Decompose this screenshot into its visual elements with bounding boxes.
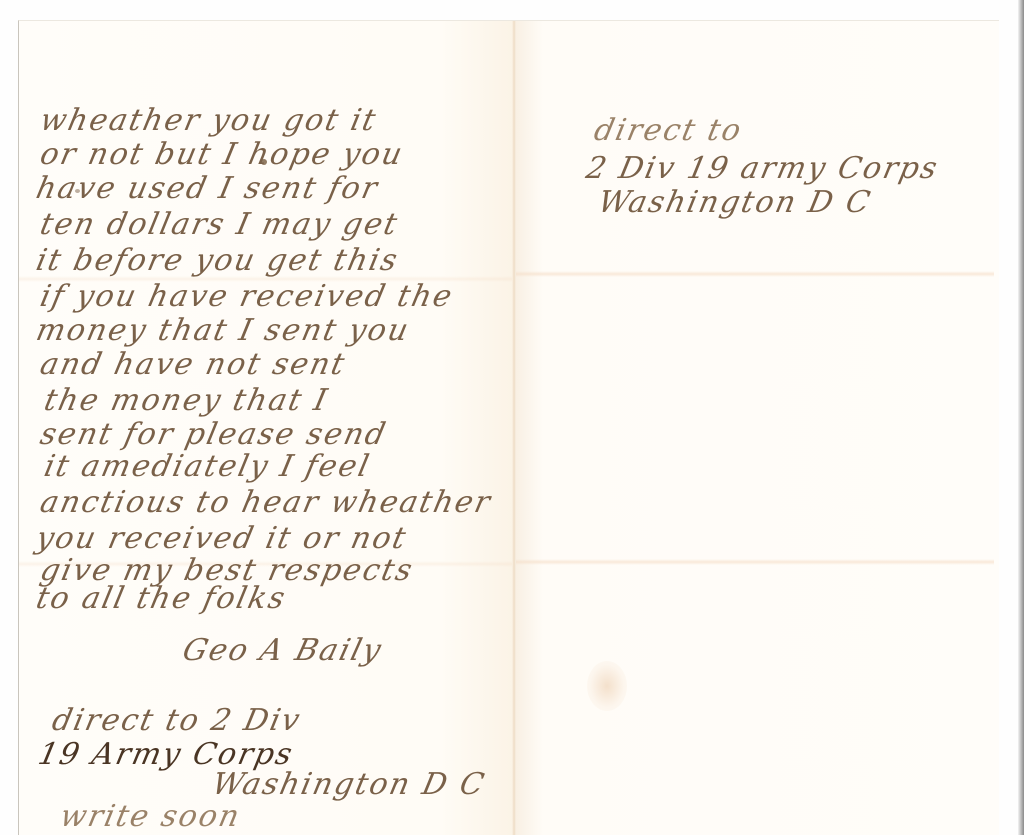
body-line: wheather you got it — [37, 103, 380, 138]
body-line: money that I sent you — [33, 313, 413, 348]
letter-sheet: wheather you got it or not but I hope yo… — [18, 20, 999, 835]
address-line: 2 Div 19 army Corps — [583, 151, 942, 186]
center-fold-crease — [512, 21, 516, 835]
body-line: and have not sent — [37, 347, 349, 382]
signature: Geo A Baily — [179, 633, 386, 668]
body-line: if you have received the — [37, 279, 457, 314]
body-line: the money that I — [41, 383, 332, 418]
fold-crease-upper-right — [516, 271, 994, 277]
body-line: to all the folks — [33, 581, 290, 616]
body-line: it amediately I feel — [41, 449, 374, 484]
foxing-stain — [587, 661, 627, 711]
body-line: it before you get this — [33, 243, 402, 278]
address-line: Washington D C — [209, 767, 489, 802]
address-line: direct to — [591, 113, 746, 148]
body-line: sent for please send — [37, 417, 390, 452]
body-line: ten dollars I may get — [37, 207, 402, 242]
body-line: anctious to hear wheather — [37, 485, 495, 520]
closing-text: write soon — [57, 799, 244, 834]
body-line: or not but I hope you — [37, 137, 407, 172]
right-page — [514, 21, 999, 835]
body-line: have used I sent for — [33, 171, 382, 206]
scanner-edge — [1018, 0, 1024, 835]
address-line: direct to 2 Div — [49, 703, 305, 738]
address-line: Washington D C — [595, 185, 875, 220]
body-line: you received it or not — [33, 521, 411, 556]
fold-crease-lower-right — [516, 559, 994, 565]
